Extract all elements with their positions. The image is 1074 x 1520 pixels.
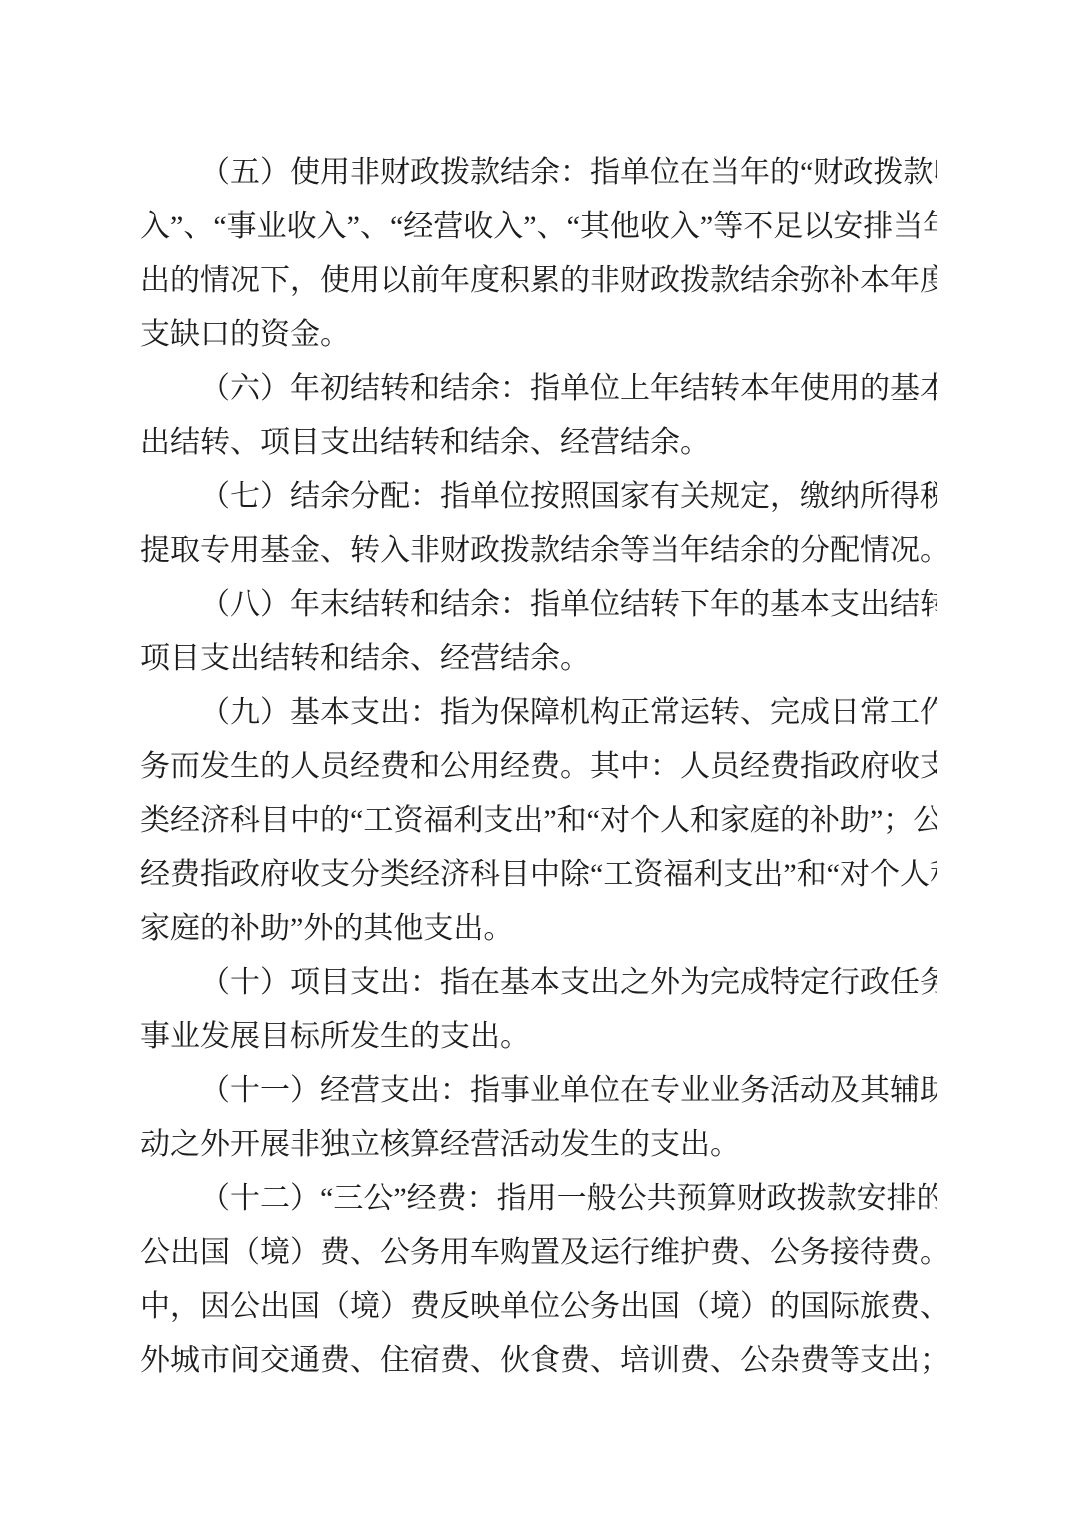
- text-line: 事业发展目标所发生的支出。: [140, 1010, 937, 1064]
- text-line: 家庭的补助”外的其他支出。: [140, 902, 937, 956]
- text-line: 项目支出结转和结余、经营结余。: [140, 632, 937, 686]
- text-line: 出的情况下，使用以前年度积累的非财政拨款结余弥补本年度收: [140, 254, 937, 308]
- text-line: 支缺口的资金。: [140, 308, 937, 362]
- paragraph-item-7: （七）结余分配：指单位按照国家有关规定，缴纳所得税、 提取专用基金、转入非财政拨…: [140, 470, 937, 578]
- text-line: （十一）经营支出：指事业单位在专业业务活动及其辅助活: [140, 1064, 937, 1118]
- text-line: （九）基本支出：指为保障机构正常运转、完成日常工作任: [140, 686, 937, 740]
- text-line: 出结转、项目支出结转和结余、经营结余。: [140, 416, 937, 470]
- text-line: 动之外开展非独立核算经营活动发生的支出。: [140, 1118, 937, 1172]
- text-line: （六）年初结转和结余：指单位上年结转本年使用的基本支: [140, 362, 937, 416]
- text-line: 类经济科目中的“工资福利支出”和“对个人和家庭的补助”；公用: [140, 794, 937, 848]
- text-line: （十）项目支出：指在基本支出之外为完成特定行政任务和: [140, 956, 937, 1010]
- text-line: 务而发生的人员经费和公用经费。其中：人员经费指政府收支分: [140, 740, 937, 794]
- document-page: （五）使用非财政拨款结余：指单位在当年的“财政拨款收 入”、“事业收入”、“经营…: [0, 0, 1074, 1520]
- paragraph-item-9: （九）基本支出：指为保障机构正常运转、完成日常工作任 务而发生的人员经费和公用经…: [140, 686, 937, 956]
- paragraph-item-10: （十）项目支出：指在基本支出之外为完成特定行政任务和 事业发展目标所发生的支出。: [140, 956, 937, 1064]
- text-line: （七）结余分配：指单位按照国家有关规定，缴纳所得税、: [140, 470, 937, 524]
- text-line: 入”、“事业收入”、“经营收入”、“其他收入”等不足以安排当年支: [140, 200, 937, 254]
- text-line: （八）年末结转和结余：指单位结转下年的基本支出结转、: [140, 578, 937, 632]
- paragraph-item-11: （十一）经营支出：指事业单位在专业业务活动及其辅助活 动之外开展非独立核算经营活…: [140, 1064, 937, 1172]
- paragraph-item-5: （五）使用非财政拨款结余：指单位在当年的“财政拨款收 入”、“事业收入”、“经营…: [140, 146, 937, 362]
- text-line: （十二）“三公”经费：指用一般公共预算财政拨款安排的因: [140, 1172, 937, 1226]
- text-line: 外城市间交通费、住宿费、伙食费、培训费、公杂费等支出；公: [140, 1334, 937, 1388]
- text-line: 公出国（境）费、公务用车购置及运行维护费、公务接待费。其: [140, 1226, 937, 1280]
- text-line: 提取专用基金、转入非财政拨款结余等当年结余的分配情况。: [140, 524, 937, 578]
- text-line: （五）使用非财政拨款结余：指单位在当年的“财政拨款收: [140, 146, 937, 200]
- text-line: 经费指政府收支分类经济科目中除“工资福利支出”和“对个人和: [140, 848, 937, 902]
- paragraph-item-8: （八）年末结转和结余：指单位结转下年的基本支出结转、 项目支出结转和结余、经营结…: [140, 578, 937, 686]
- paragraph-item-12: （十二）“三公”经费：指用一般公共预算财政拨款安排的因 公出国（境）费、公务用车…: [140, 1172, 937, 1388]
- document-text-block: （五）使用非财政拨款结余：指单位在当年的“财政拨款收 入”、“事业收入”、“经营…: [140, 146, 937, 1388]
- text-line: 中，因公出国（境）费反映单位公务出国（境）的国际旅费、国: [140, 1280, 937, 1334]
- paragraph-item-6: （六）年初结转和结余：指单位上年结转本年使用的基本支 出结转、项目支出结转和结余…: [140, 362, 937, 470]
